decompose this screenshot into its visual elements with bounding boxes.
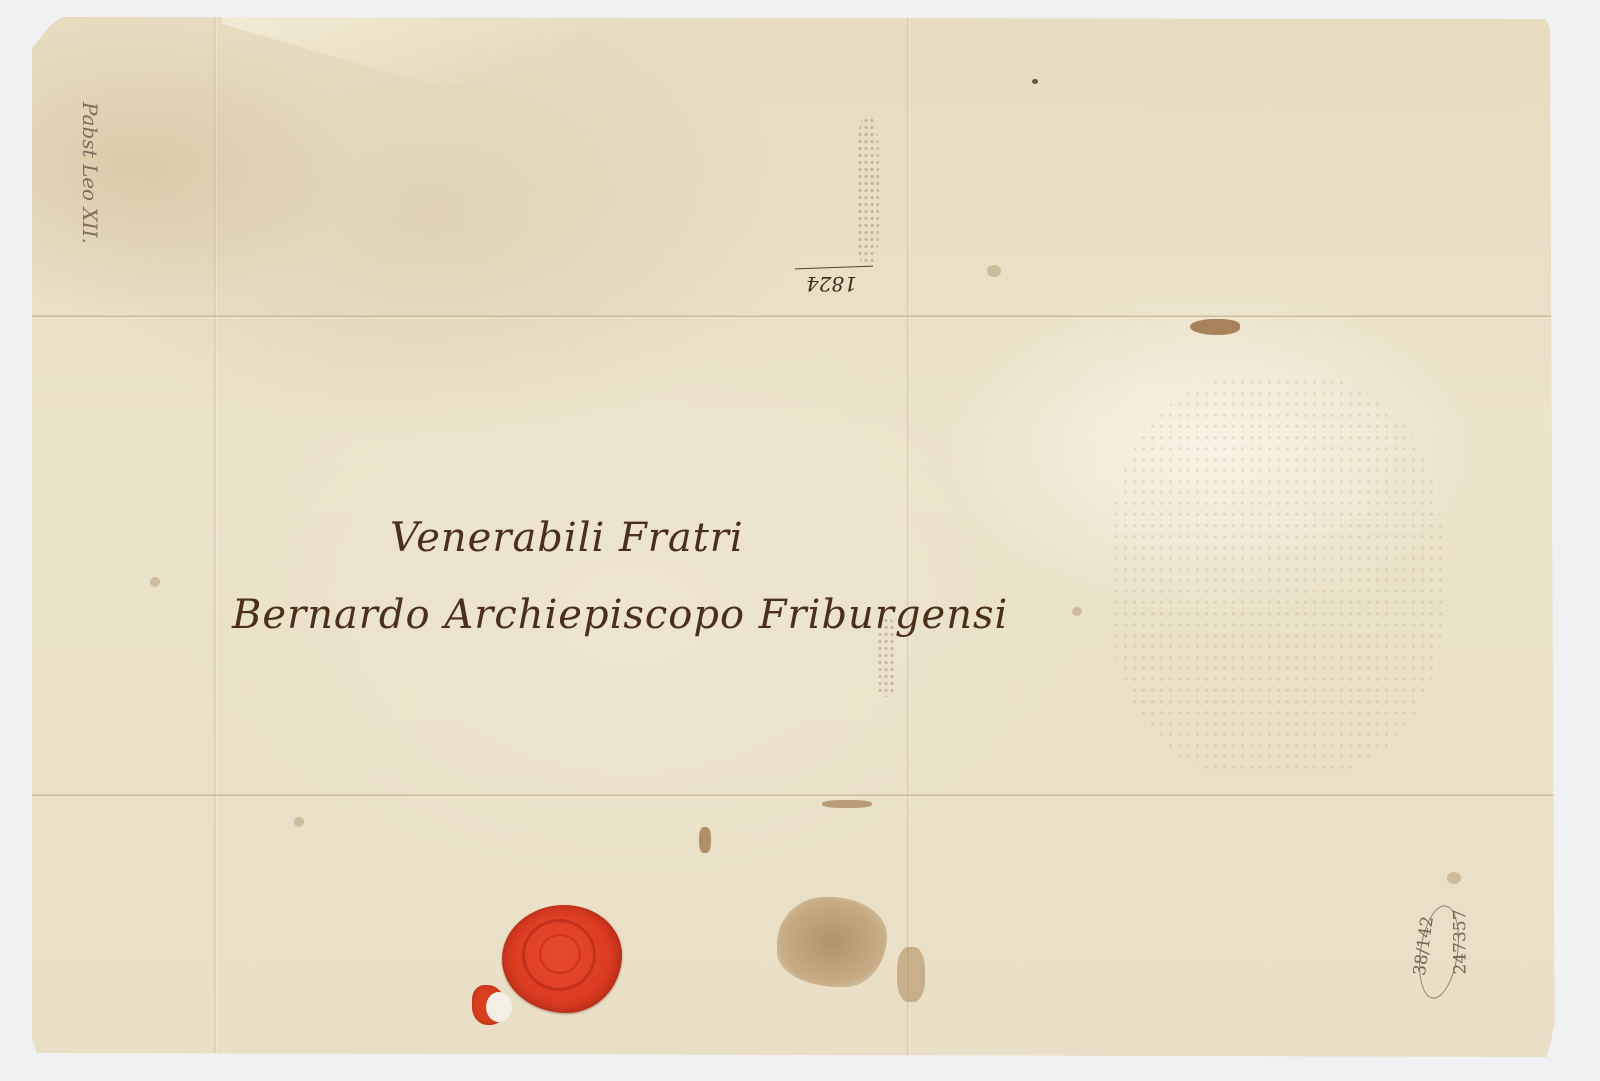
spot bbox=[1447, 872, 1461, 884]
seal-emblem bbox=[539, 934, 581, 974]
ink-annotation-date: 1824 bbox=[806, 272, 857, 296]
torn-flap bbox=[222, 17, 592, 87]
fold-line-left bbox=[214, 17, 217, 1057]
stain-upper-right bbox=[1190, 319, 1240, 335]
foxing-right bbox=[1112, 377, 1442, 777]
address-line-2: Bernardo Archiepiscopo Friburgensi bbox=[232, 592, 1008, 638]
spot bbox=[1072, 607, 1082, 616]
speckles-top bbox=[857, 117, 879, 267]
letter-paper bbox=[32, 17, 1556, 1057]
seal-ring bbox=[522, 919, 596, 991]
spot bbox=[294, 817, 304, 827]
fold-line-center bbox=[907, 17, 910, 1057]
spot bbox=[150, 577, 160, 587]
spot bbox=[987, 265, 1001, 277]
fold-line-top bbox=[32, 315, 1556, 319]
address-line-1: Venerabili Fratri bbox=[390, 515, 744, 561]
red-wax-seal bbox=[502, 905, 622, 1013]
stain-fold-bottom bbox=[822, 800, 872, 808]
water-stain-tail bbox=[897, 947, 925, 1002]
stain-small-drip bbox=[699, 827, 711, 853]
spot bbox=[1032, 79, 1038, 84]
pencil-annotation-number: 247357 bbox=[1450, 910, 1470, 975]
pencil-annotation-left: Pabst Leo XII. bbox=[78, 102, 102, 242]
wax-drip-paper-tear bbox=[486, 992, 512, 1022]
water-stain-large bbox=[777, 897, 887, 987]
fold-line-bottom bbox=[32, 794, 1556, 798]
